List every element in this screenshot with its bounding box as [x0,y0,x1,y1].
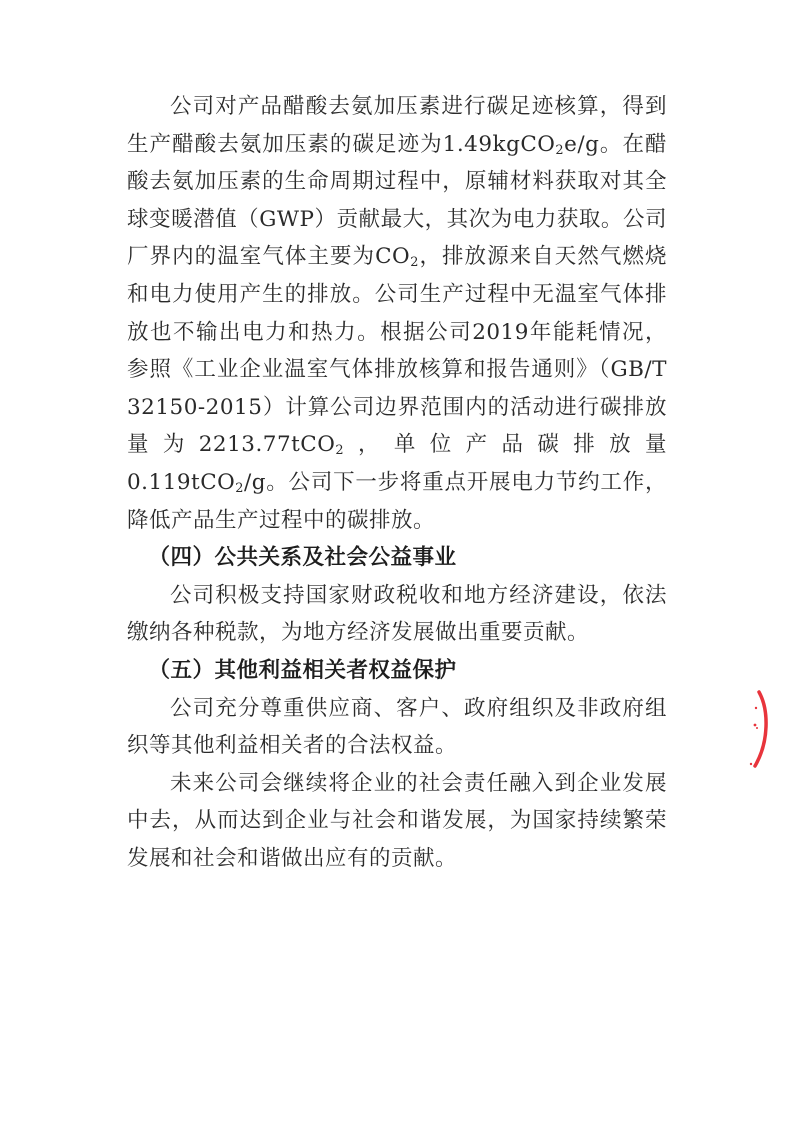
subscript: 2 [555,143,564,158]
paragraph-stakeholder-respect: 公司充分尊重供应商、客户、政府组织及非政府组织等其他利益相关者的合法权益。 [127,690,667,765]
text-run: ，排放源来自天然气燃烧和电力使用产生的排放。公司生产过程中无温室气体排放也不输出… [127,244,667,457]
paragraph-carbon-footprint: 公司对产品醋酸去氨加压素进行碳足迹核算，得到生产醋酸去氨加压素的碳足迹为1.49… [127,88,667,539]
subscript: 2 [410,256,419,271]
red-seal-stamp-edge [747,690,773,770]
paragraph-tax-support: 公司积极支持国家财政税收和地方经济建设，依法缴纳各种税款，为地方经济发展做出重要… [127,577,667,652]
seal-arc-icon [747,690,773,770]
subscript: 2 [335,444,344,459]
section-heading-public-relations: （四）公共关系及社会公益事业 [127,539,667,577]
document-page: 公司对产品醋酸去氨加压素进行碳足迹核算，得到生产醋酸去氨加压素的碳足迹为1.49… [127,88,667,877]
paragraph-future-outlook: 未来公司会继续将企业的社会责任融入到企业发展中去，从而达到企业与社会和谐发展，为… [127,765,667,878]
section-heading-stakeholder-rights: （五）其他利益相关者权益保护 [127,652,667,690]
subscript: 2 [235,481,244,496]
